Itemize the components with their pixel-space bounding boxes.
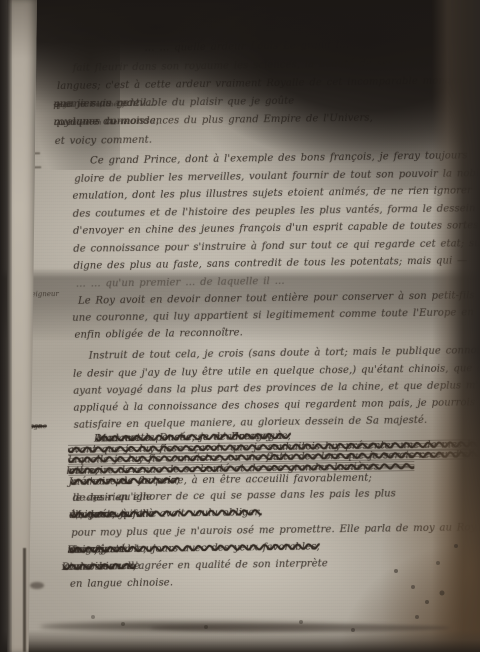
ink-blot [30, 582, 44, 589]
ink-speckles [0, 0, 2, 2]
binding-gutter-shadow [30, 0, 120, 170]
bottom-edge-shadow [0, 630, 480, 652]
left-edge-dark-band [0, 0, 12, 652]
bottom-left-fold-line [23, 548, 26, 652]
crossed-out-text: me regarda toujours avec des yeux favora… [69, 541, 319, 556]
manuscript-photo: … … quelle ardeur Louis Le grand l… fait… [0, 0, 480, 652]
bottom-smudge-streak [150, 624, 450, 632]
